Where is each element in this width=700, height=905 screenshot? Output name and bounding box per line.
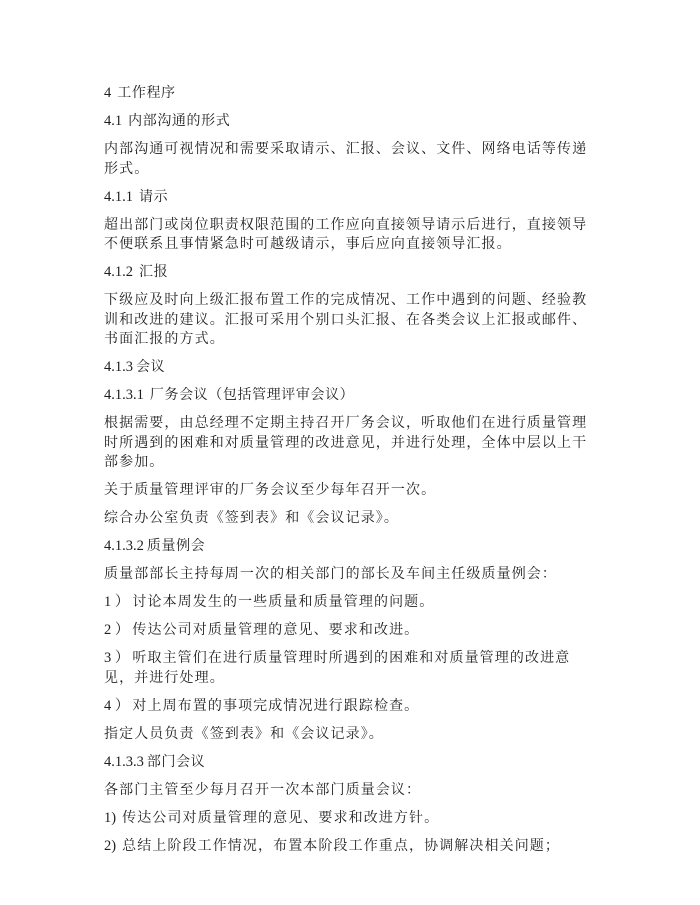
- heading-number: 4.1.3: [104, 359, 133, 375]
- paragraph: 质量部部长主持每周一次的相关部门的部长及车间主任级质量例会：: [104, 565, 598, 585]
- list-item: 3 ）听取主管们在进行质量管理时所遇到的困难和对质量管理的改进意见，并进行处理。: [104, 649, 598, 688]
- list-number: 3 ）: [104, 650, 129, 666]
- heading-text: 工作程序: [117, 85, 175, 101]
- heading-text: 厂务会议（包括管理评审会议）: [150, 387, 354, 403]
- paragraph: 综合办公室负责《签到表》和《会议记录》。: [104, 509, 598, 529]
- list-text: 讨论本周发生的一些质量和质量管理的问题。: [132, 594, 434, 610]
- heading-text: 会议: [136, 359, 165, 375]
- list-number: 1 ）: [104, 594, 129, 610]
- section-heading-4-1: 4.1内部沟通的形式: [104, 112, 598, 132]
- heading-number: 4.1: [104, 113, 122, 129]
- paragraph: 关于质量管理评审的厂务会议至少每年召开一次。: [104, 481, 598, 501]
- list-text: 对上周布置的事项完成情况进行跟踪检查。: [132, 698, 419, 714]
- list-item: 1)传达公司对质量管理的意见、要求和改进方针。: [104, 809, 598, 829]
- heading-text: 质量例会: [147, 538, 205, 554]
- section-heading-4-1-2: 4.1.2汇报: [104, 263, 598, 283]
- list-number: 2 ）: [104, 622, 129, 638]
- list-number: 2): [104, 838, 116, 854]
- list-text: 传达公司对质量管理的意见、要求和改进方针。: [122, 810, 439, 826]
- section-heading-4: 4工作程序: [104, 84, 598, 104]
- paragraph: 各部门主管至少每月召开一次本部门质量会议：: [104, 781, 598, 801]
- document-body: 4工作程序 4.1内部沟通的形式 内部沟通可视情况和需要采取请示、汇报、会议、文…: [104, 84, 598, 865]
- section-heading-4-1-3-2: 4.1.3.2质量例会: [104, 537, 598, 557]
- paragraph: 内部沟通可视情况和需要采取请示、汇报、会议、文件、网络电话等传递形式。: [104, 140, 598, 179]
- heading-number: 4.1.2: [104, 264, 133, 280]
- list-item: 1 ）讨论本周发生的一些质量和质量管理的问题。: [104, 593, 598, 613]
- list-text: 听取主管们在进行质量管理时所遇到的困难和对质量管理的改进意见，并进行处理。: [104, 650, 570, 686]
- section-heading-4-1-3: 4.1.3会议: [104, 358, 598, 378]
- heading-text: 内部沟通的形式: [128, 113, 230, 129]
- list-text: 总结上阶段工作情况，布置本阶段工作重点，协调解决相关问题；: [122, 838, 560, 854]
- paragraph: 根据需要，由总经理不定期主持召开厂务会议，听取他们在进行质量管理时所遇到的困难和…: [104, 414, 598, 473]
- heading-number: 4.1.3.2: [104, 538, 144, 554]
- heading-number: 4.1.3.3: [104, 754, 144, 770]
- heading-number: 4: [104, 85, 111, 101]
- paragraph: 指定人员负责《签到表》和《会议记录》。: [104, 725, 598, 745]
- list-item: 2 ）传达公司对质量管理的意见、要求和改进。: [104, 621, 598, 641]
- section-heading-4-1-3-3: 4.1.3.3部门会议: [104, 753, 598, 773]
- heading-text: 部门会议: [147, 754, 205, 770]
- list-text: 传达公司对质量管理的意见、要求和改进。: [132, 622, 419, 638]
- list-item: 2)总结上阶段工作情况，布置本阶段工作重点，协调解决相关问题；: [104, 837, 598, 857]
- paragraph: 超出部门或岗位职责权限范围的工作应向直接领导请示后进行，直接领导不便联系且事情紧…: [104, 216, 598, 255]
- document-page: 4工作程序 4.1内部沟通的形式 内部沟通可视情况和需要采取请示、汇报、会议、文…: [0, 0, 700, 905]
- list-number: 4 ）: [104, 698, 129, 714]
- heading-text: 请示: [139, 189, 168, 205]
- list-number: 1): [104, 810, 116, 826]
- heading-text: 汇报: [139, 264, 168, 280]
- section-heading-4-1-1: 4.1.1请示: [104, 188, 598, 208]
- list-item: 4 ）对上周布置的事项完成情况进行跟踪检查。: [104, 697, 598, 717]
- heading-number: 4.1.1: [104, 189, 133, 205]
- heading-number: 4.1.3.1: [104, 387, 144, 403]
- paragraph: 下级应及时向上级汇报布置工作的完成情况、工作中遇到的问题、经验教训和改进的建议。…: [104, 291, 598, 350]
- section-heading-4-1-3-1: 4.1.3.1厂务会议（包括管理评审会议）: [104, 386, 598, 406]
